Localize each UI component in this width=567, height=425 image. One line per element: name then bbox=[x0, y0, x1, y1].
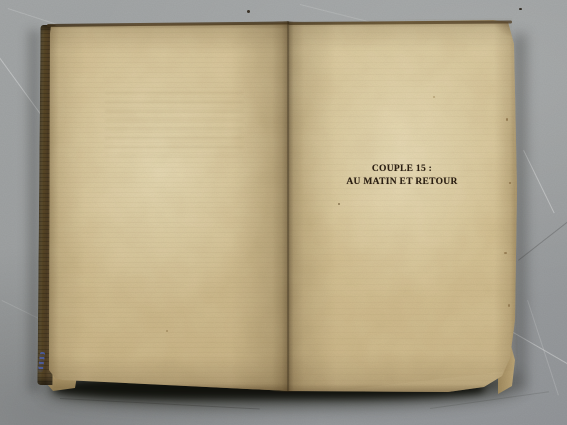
dark-speck bbox=[247, 10, 250, 13]
right-page: COUPLE 15 : AU MATIN ET RETOUR bbox=[288, 20, 518, 394]
dark-speck bbox=[519, 8, 522, 10]
foxing-speck bbox=[506, 118, 508, 121]
foxing-speck bbox=[508, 304, 510, 307]
foxing-speck bbox=[166, 330, 168, 332]
chapter-heading-line1: COUPLE 15 : bbox=[302, 163, 502, 176]
foxing-speck bbox=[504, 252, 507, 254]
book-gutter bbox=[272, 21, 304, 392]
foxing-speck bbox=[509, 182, 511, 184]
paper-speck bbox=[338, 203, 340, 205]
chapter-heading-line2: AU MATIN ET RETOUR bbox=[302, 176, 502, 189]
left-page-blank bbox=[49, 22, 289, 391]
photo-scene: COUPLE 15 : AU MATIN ET RETOUR bbox=[0, 0, 567, 425]
floor-scratch bbox=[523, 150, 555, 213]
foxing-speck bbox=[433, 96, 435, 98]
chapter-heading: COUPLE 15 : AU MATIN ET RETOUR bbox=[302, 163, 502, 189]
floor-scratch bbox=[527, 300, 559, 395]
text-showthrough bbox=[105, 92, 243, 156]
